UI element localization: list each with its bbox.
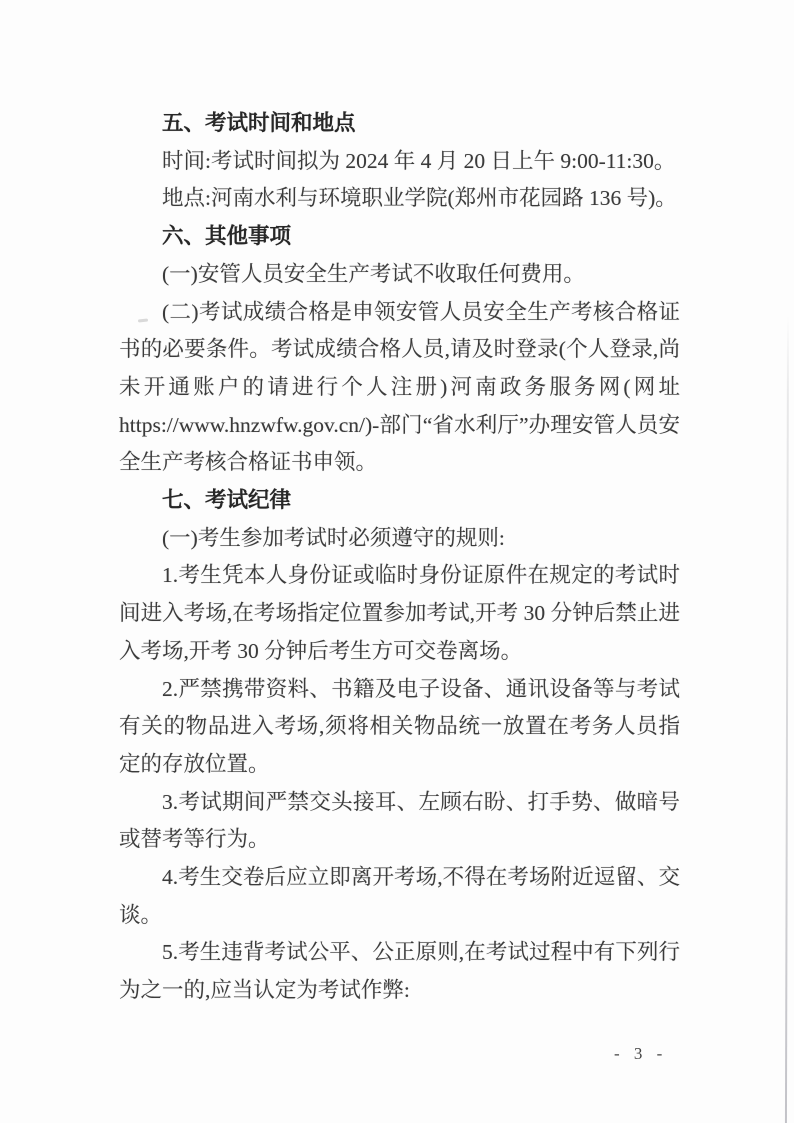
paragraph-rule-5-cheating: 5.考生违背考试公平、公正原则,在考试过程中有下列行为之一的,应当认定为考试作弊… <box>119 934 680 1009</box>
paragraph-discipline-intro: (一)考生参加考试时必须遵守的规则: <box>119 520 680 558</box>
paragraph-rule-3-no-signals: 3.考试期间严禁交头接耳、左顾右盼、打手势、做暗号或替考等行为。 <box>119 784 680 859</box>
paragraph-other-1-no-fee: (一)安管人员安全生产考试不收取任何费用。 <box>119 256 680 294</box>
paragraph-exam-place: 地点:河南水利与环境职业学院(郑州市花园路 136 号)。 <box>119 180 680 218</box>
page-number: - 3 - <box>614 1044 667 1064</box>
document-page: 五、考试时间和地点 时间:考试时间拟为 2024 年 4 月 20 日上午 9:… <box>0 0 794 1123</box>
paragraph-rule-2-no-materials: 2.严禁携带资料、书籍及电子设备、通讯设备等与考试有关的物品进入考场,须将相关物… <box>119 671 680 784</box>
section-heading-7-exam-discipline: 七、考试纪律 <box>119 482 680 520</box>
paragraph-rule-4-leave-venue: 4.考生交卷后应立即离开考场,不得在考场附近逗留、交谈。 <box>119 859 680 934</box>
paragraph-exam-time: 时间:考试时间拟为 2024 年 4 月 20 日上午 9:00-11:30。 <box>119 143 680 181</box>
paragraph-other-2-certificate: (二)考试成绩合格是申领安管人员安全生产考核合格证书的必要条件。考试成绩合格人员… <box>119 294 680 483</box>
document-body: 五、考试时间和地点 时间:考试时间拟为 2024 年 4 月 20 日上午 9:… <box>119 105 680 1010</box>
section-heading-5-exam-time-place: 五、考试时间和地点 <box>119 105 680 143</box>
paragraph-rule-1-id-entry: 1.考生凭本人身份证或临时身份证原件在规定的考试时间进入考场,在考场指定位置参加… <box>119 557 680 670</box>
section-heading-6-other-matters: 六、其他事项 <box>119 218 680 256</box>
scan-edge-artifact <box>785 316 789 1123</box>
